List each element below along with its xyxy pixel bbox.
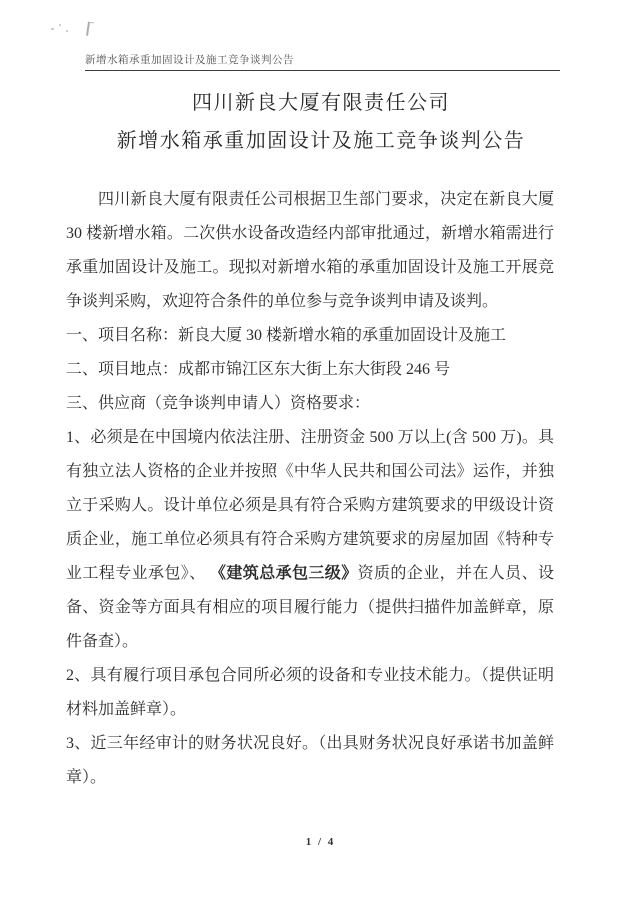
requirement-3: 3、近三年经审计的财务状况良好。（出具财务状况良好承诺书加盖鲜章）。 (66, 727, 554, 795)
scan-speck (51, 28, 54, 30)
scan-speck (59, 24, 61, 26)
item-project-location: 二、项目地点：成都市锦江区东大街上东大街段 246 号 (66, 353, 554, 387)
pen-mark-artifact (86, 22, 94, 37)
company-title: 四川新良大厦有限责任公司 (66, 84, 576, 122)
requirement-1-text: 1、必须是在中国境内依法注册、注册资金 500 万以上(含 500 万)。具有独… (66, 429, 554, 582)
document-page: 新增水箱承重加固设计及施工竞争谈判公告 四川新良大厦有限责任公司 新增水箱承重加… (0, 0, 641, 904)
intro-paragraph: 四川新良大厦有限责任公司根据卫生部门要求，决定在新良大厦 30 楼新增水箱。二次… (66, 183, 554, 319)
requirement-2: 2、具有履行项目承包合同所必须的设备和专业技术能力。（提供证明材料加盖鲜章）。 (66, 659, 554, 727)
page-number: 1 / 4 (0, 836, 641, 848)
running-header: 新增水箱承重加固设计及施工竞争谈判公告 (85, 52, 560, 67)
title-block: 四川新良大厦有限责任公司 新增水箱承重加固设计及施工竞争谈判公告 (66, 84, 576, 160)
requirement-1-bold-qualification: 《建筑总承包三级》 (210, 565, 358, 582)
header-rule (85, 70, 560, 71)
document-body: 四川新良大厦有限责任公司根据卫生部门要求，决定在新良大厦 30 楼新增水箱。二次… (66, 183, 554, 795)
requirement-1: 1、必须是在中国境内依法注册、注册资金 500 万以上(含 500 万)。具有独… (66, 421, 554, 659)
announcement-title: 新增水箱承重加固设计及施工竞争谈判公告 (66, 122, 576, 160)
item-project-name: 一、项目名称：新良大厦 30 楼新增水箱的承重加固设计及施工 (66, 319, 554, 353)
scan-speck (66, 30, 68, 32)
item-supplier-requirements: 三、供应商（竞争谈判申请人）资格要求： (66, 387, 554, 421)
